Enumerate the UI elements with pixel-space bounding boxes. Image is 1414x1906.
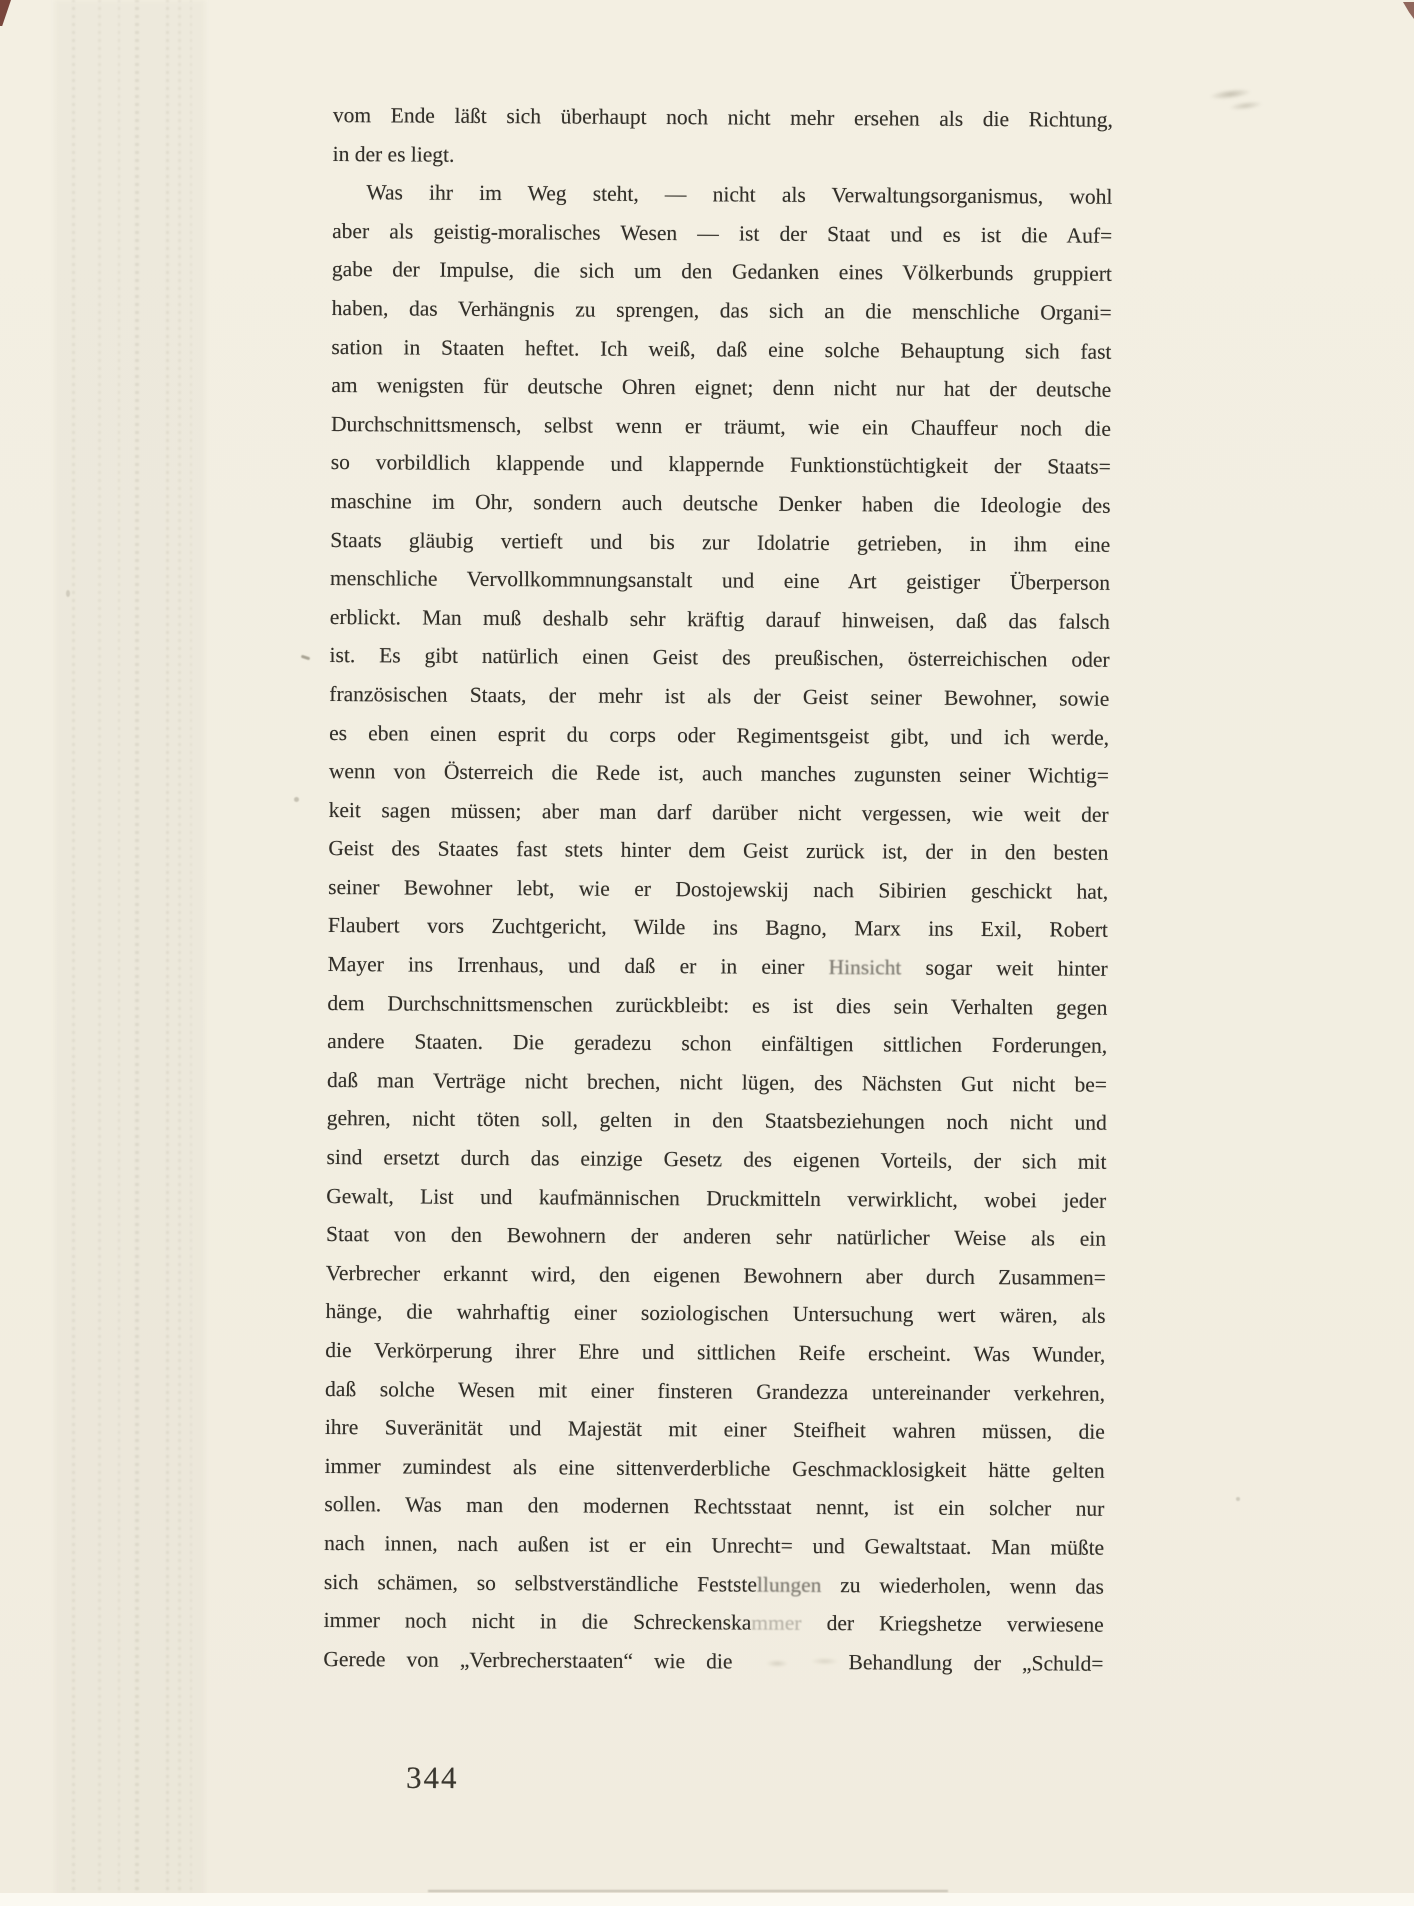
book-page-scan: vom Ende läßt sich überhaupt noch nicht … <box>0 0 1414 1906</box>
text-line: in der es liegt. <box>333 135 1113 178</box>
text-line: andere Staaten. Die geradezu schon einfä… <box>327 1022 1107 1065</box>
text-segment: hänge, die wahrhaftig einer soziologisch… <box>326 1299 1106 1328</box>
text-line: nach innen, nach außen ist er ein Unrech… <box>324 1524 1104 1567</box>
text-line: haben, das Verhängnis zu sprengen, das s… <box>332 289 1112 332</box>
text-line: Geist des Staates fast stets hinter dem … <box>328 829 1108 872</box>
text-segment: menschliche Vervollkommnungsanstalt und … <box>330 566 1110 595</box>
text-line: am wenigsten für deutsche Ohren eignet; … <box>331 366 1111 409</box>
gutter-streak <box>178 0 181 1906</box>
text-segment: keit sagen müssen; aber man darf darüber… <box>329 798 1109 827</box>
gutter-streak <box>72 0 75 1906</box>
gutter-streak <box>135 0 139 1906</box>
text-segment: in der es liegt. <box>333 142 455 167</box>
top-right-smudge <box>1201 76 1275 122</box>
text-line: aber als geistig-moralisches Wesen — ist… <box>332 212 1112 255</box>
text-line: Was ihr im Weg steht, — nicht als Verwal… <box>332 173 1112 216</box>
gutter-streak <box>118 0 120 1906</box>
text-line: die Verkörperung ihrer Ehre und sittlich… <box>325 1331 1105 1374</box>
text-segment: dem Durchschnittsmenschen zurückbleibt: … <box>327 991 1107 1020</box>
text-line: sation in Staaten heftet. Ich weiß, daß … <box>331 328 1111 371</box>
text-segment: llungen <box>757 1572 822 1596</box>
text-line: daß solche Wesen mit einer finsteren Gra… <box>325 1370 1105 1413</box>
text-segment: Was ihr im Weg steht, — nicht als Verwal… <box>366 180 1112 209</box>
text-line: vom Ende läßt sich überhaupt noch nicht … <box>333 96 1113 139</box>
margin-speck <box>294 797 299 802</box>
text-segment: ist. Es gibt natürlich einen Geist des p… <box>330 643 1110 672</box>
text-segment: gehren, nicht töten soll, gelten in den … <box>327 1106 1107 1135</box>
text-segment: Verbrecher erkannt wird, den eigenen Bew… <box>326 1261 1106 1290</box>
text-segment: sich schämen, so selbstverständliche Fes… <box>324 1570 757 1597</box>
text-line: immer zumindest als eine sittenverderbli… <box>325 1447 1105 1490</box>
margin-speck <box>301 655 310 661</box>
text-line: Staats gläubig vertieft und bis zur Idol… <box>330 521 1110 564</box>
margin-speck <box>66 590 70 597</box>
top-right-corner-mark <box>1403 2 1414 19</box>
text-segment: Staats gläubig vertieft und bis zur Idol… <box>330 528 1110 557</box>
text-segment: wenn von Österreich die Rede ist, auch m… <box>329 759 1109 788</box>
text-segment: maschine im Ohr, sondern auch deutsche D… <box>330 489 1110 518</box>
text-segment: Geist des Staates fast stets hinter dem … <box>328 836 1108 865</box>
text-segment: am wenigsten für deutsche Ohren eignet; … <box>331 373 1111 402</box>
text-line: Gewalt, List und kaufmännischen Druckmit… <box>326 1177 1106 1220</box>
text-line: Staat von den Bewohnern der anderen sehr… <box>326 1215 1106 1258</box>
text-segment: französischen Staats, der mehr ist als d… <box>329 682 1109 711</box>
text-segment: Gewalt, List und kaufmännischen Druckmit… <box>326 1184 1106 1213</box>
text-line: keit sagen müssen; aber man darf darüber… <box>329 791 1109 834</box>
text-segment: sogar weit hinter <box>901 956 1107 981</box>
text-line: seiner Bewohner lebt, wie er Dostojewski… <box>328 868 1108 911</box>
text-line: Gerede von „Verbrecherstaaten“ wie die B… <box>323 1640 1103 1683</box>
text-segment: der Kriegshetze verwiesene <box>801 1611 1103 1637</box>
text-segment: Staat von den Bewohnern der anderen sehr… <box>326 1222 1106 1251</box>
text-segment: immer zumindest als eine sittenverderbli… <box>325 1454 1105 1483</box>
text-segment: sind ersetzt durch das einzige Gesetz de… <box>326 1145 1106 1174</box>
gutter-streak <box>166 0 169 1906</box>
text-line: ihre Suveränität und Majestät mit einer … <box>325 1408 1105 1451</box>
text-line: es eben einen esprit du corps oder Regim… <box>329 713 1109 756</box>
text-segment: Behandlung der „Schuld= <box>848 1650 1103 1676</box>
text-line: menschliche Vervollkommnungsanstalt und … <box>330 559 1110 602</box>
text-line: dem Durchschnittsmenschen zurückbleibt: … <box>327 984 1107 1027</box>
gutter-band <box>55 0 205 1906</box>
page-number: 344 <box>406 1760 459 1796</box>
text-segment: sation in Staaten heftet. Ich weiß, daß … <box>331 335 1111 364</box>
text-line: Flaubert vors Zuchtgericht, Wilde ins Ba… <box>328 906 1108 949</box>
margin-speck <box>1236 1497 1240 1501</box>
text-segment: nach innen, nach außen ist er ein Unrech… <box>324 1531 1104 1560</box>
text-segment: erblickt. Man muß deshalb sehr kräftig d… <box>330 605 1110 634</box>
gutter-streak <box>190 0 192 1906</box>
text-segment: ihre Suveränität und Majestät mit einer … <box>325 1415 1105 1444</box>
bottom-edge-strip <box>0 1893 1414 1906</box>
text-segment: Durchschnittsmensch, selbst wenn er träu… <box>331 412 1111 441</box>
text-line: französischen Staats, der mehr ist als d… <box>329 675 1109 718</box>
text-line: sollen. Was man den modernen Rechtsstaat… <box>324 1485 1104 1528</box>
text-segment: daß solche Wesen mit einer finsteren Gra… <box>325 1377 1105 1406</box>
bottom-edge-line <box>428 1890 948 1892</box>
text-segment: zu wiederholen, wenn das <box>821 1573 1104 1599</box>
top-left-corner-mark <box>0 0 11 26</box>
gutter-streak <box>98 0 101 1906</box>
text-line: sind ersetzt durch das einzige Gesetz de… <box>326 1138 1106 1181</box>
text-segment: immer noch nicht in die Schreckenska <box>324 1608 752 1635</box>
text-segment: seiner Bewohner lebt, wie er Dostojewski… <box>328 875 1108 904</box>
text-segment: Gerede von „Verbrecherstaaten“ wie die <box>323 1647 753 1674</box>
text-line: Verbrecher erkannt wird, den eigenen Bew… <box>326 1254 1106 1297</box>
text-line: gehren, nicht töten soll, gelten in den … <box>327 1099 1107 1142</box>
text-segment: so vorbildlich klappende und klappernde … <box>331 450 1111 479</box>
text-line: daß man Verträge nicht brechen, nicht lü… <box>327 1061 1107 1104</box>
text-segment: mmer <box>751 1611 801 1635</box>
text-segment: die Verkörperung ihrer Ehre und sittlich… <box>325 1338 1105 1367</box>
text-segment: sollen. Was man den modernen Rechtsstaat… <box>324 1492 1104 1521</box>
text-line: maschine im Ohr, sondern auch deutsche D… <box>330 482 1110 525</box>
text-segment: aber als geistig-moralisches Wesen — ist… <box>332 219 1112 248</box>
text-segment: Hinsicht <box>828 955 901 979</box>
text-segment: es eben einen esprit du corps oder Regim… <box>329 720 1109 749</box>
text-line: Mayer ins Irrenhaus, und daß er in einer… <box>328 945 1108 988</box>
text-segment: Mayer ins Irrenhaus, und daß er in einer <box>328 952 829 979</box>
text-line: ist. Es gibt natürlich einen Geist des p… <box>329 636 1109 679</box>
text-segment: daß man Verträge nicht brechen, nicht lü… <box>327 1068 1107 1097</box>
text-line: sich schämen, so selbstverständliche Fes… <box>324 1563 1104 1606</box>
text-line: so vorbildlich klappende und klappernde … <box>331 443 1111 486</box>
text-segment: gabe der Impulse, die sich um den Gedank… <box>332 257 1112 286</box>
faded-print-smudge <box>753 1655 848 1669</box>
text-segment: andere Staaten. Die geradezu schon einfä… <box>327 1029 1107 1058</box>
text-line: wenn von Österreich die Rede ist, auch m… <box>329 752 1109 795</box>
page-text-block: vom Ende läßt sich überhaupt noch nicht … <box>323 96 1113 1683</box>
text-segment: haben, das Verhängnis zu sprengen, das s… <box>332 296 1112 325</box>
text-segment: Flaubert vors Zuchtgericht, Wilde ins Ba… <box>328 913 1108 942</box>
text-line: immer noch nicht in die Schreckenskammer… <box>324 1601 1104 1644</box>
text-line: Durchschnittsmensch, selbst wenn er träu… <box>331 405 1111 448</box>
text-line: hänge, die wahrhaftig einer soziologisch… <box>325 1292 1105 1335</box>
text-segment: vom Ende läßt sich überhaupt noch nicht … <box>333 103 1113 132</box>
text-line: gabe der Impulse, die sich um den Gedank… <box>332 250 1112 293</box>
text-line: erblickt. Man muß deshalb sehr kräftig d… <box>330 598 1110 641</box>
